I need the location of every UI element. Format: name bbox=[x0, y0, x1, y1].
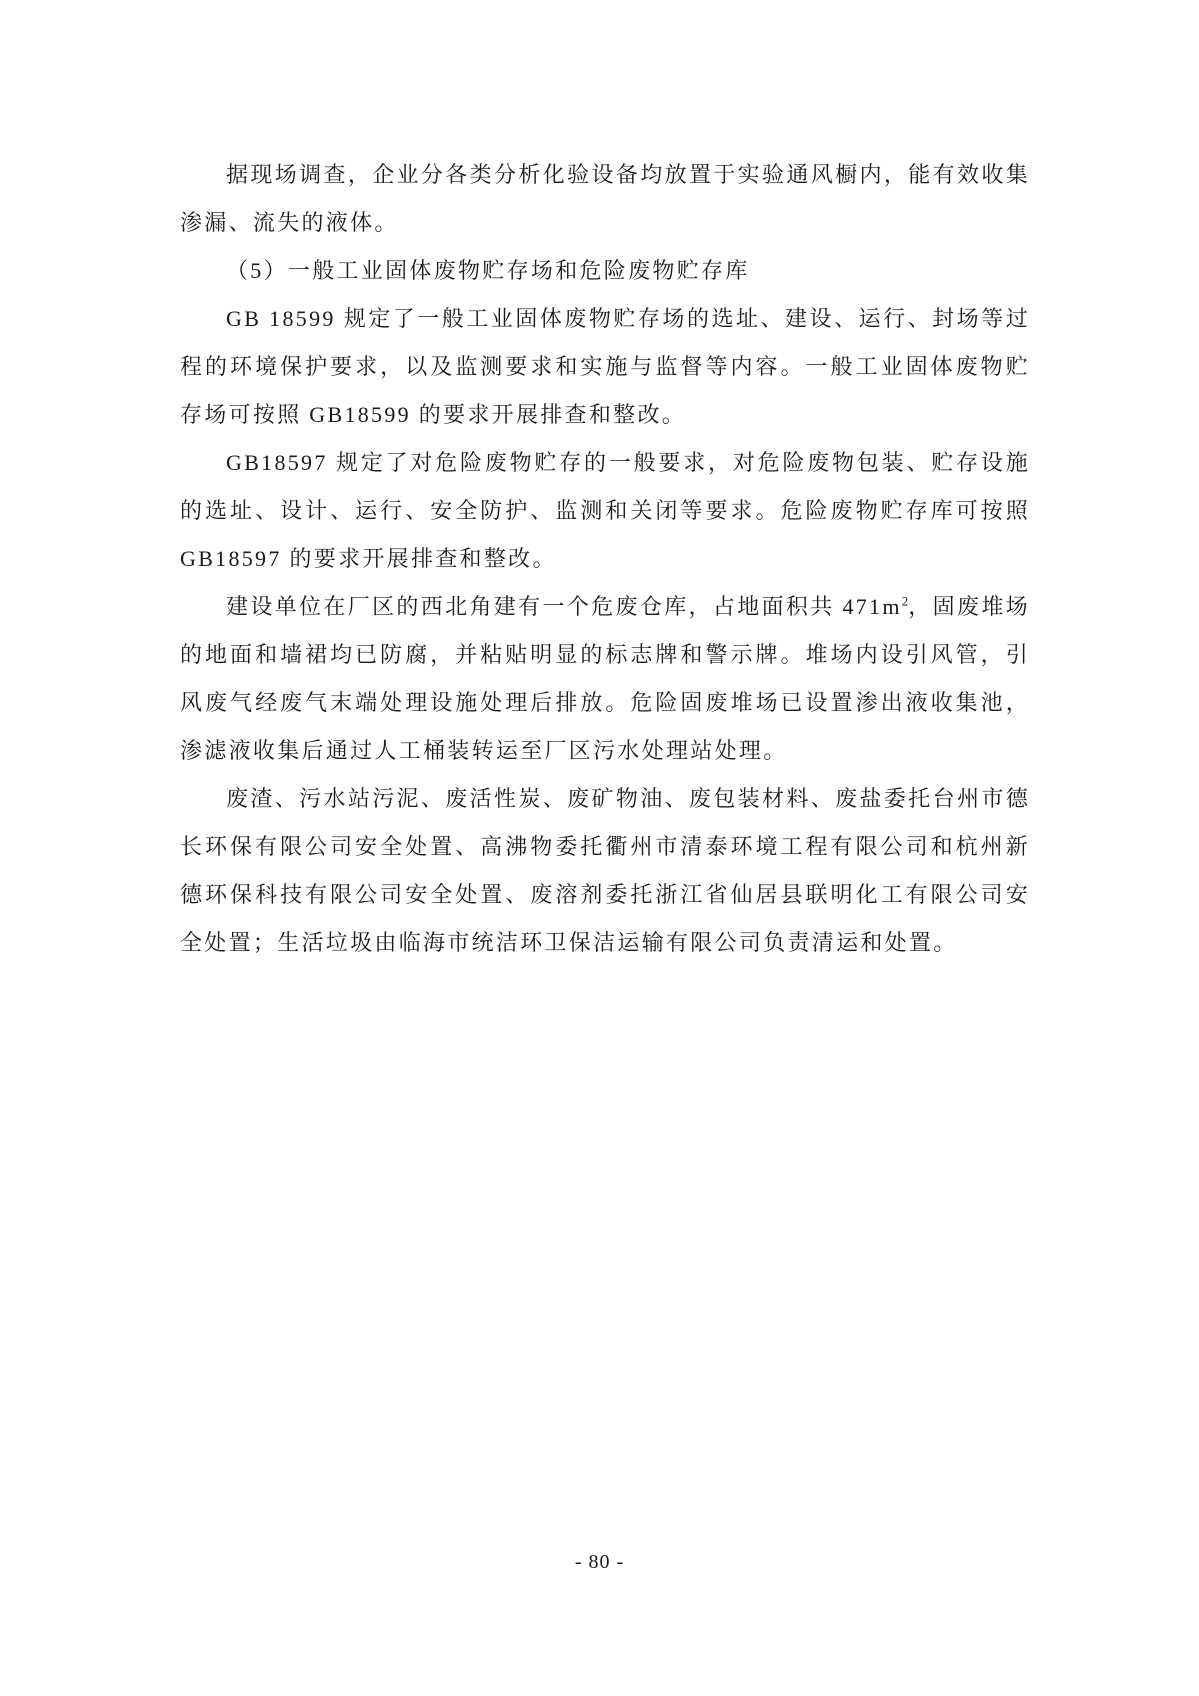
page-number: - 80 - bbox=[0, 1549, 1199, 1575]
paragraph-gb18599: GB 18599 规定了一般工业固体废物贮存场的选址、建设、运行、封场等过程的环… bbox=[180, 295, 1030, 439]
document-body: 据现场调查，企业分各类分析化验设备均放置于实验通风橱内，能有效收集渗漏、流失的液… bbox=[180, 151, 1030, 967]
document-page: 据现场调查，企业分各类分析化验设备均放置于实验通风橱内，能有效收集渗漏、流失的液… bbox=[0, 0, 1199, 1696]
paragraph-gb18597: GB18597 规定了对危险废物贮存的一般要求，对危险废物包装、贮存设施的选址、… bbox=[180, 439, 1030, 583]
paragraph-waste-disposal-contractors: 废渣、污水站污泥、废活性炭、废矿物油、废包装材料、废盐委托台州市德长环保有限公司… bbox=[180, 775, 1030, 967]
paragraph-site-survey: 据现场调查，企业分各类分析化验设备均放置于实验通风橱内，能有效收集渗漏、流失的液… bbox=[180, 151, 1030, 247]
section-heading-5: （5）一般工业固体废物贮存场和危险废物贮存库 bbox=[180, 247, 1030, 295]
paragraph-hazwaste-warehouse: 建设单位在厂区的西北角建有一个危废仓库，占地面积共 471m2，固废堆场的地面和… bbox=[180, 583, 1030, 775]
paragraph-hazwaste-warehouse-text-after-sup: ，固废堆场的地面和墙裙均已防腐，并粘贴明显的标志牌和警示牌。堆场内设引风管，引风… bbox=[180, 594, 1030, 763]
paragraph-hazwaste-warehouse-text-before-sup: 建设单位在厂区的西北角建有一个危废仓库，占地面积共 471m bbox=[226, 594, 902, 619]
